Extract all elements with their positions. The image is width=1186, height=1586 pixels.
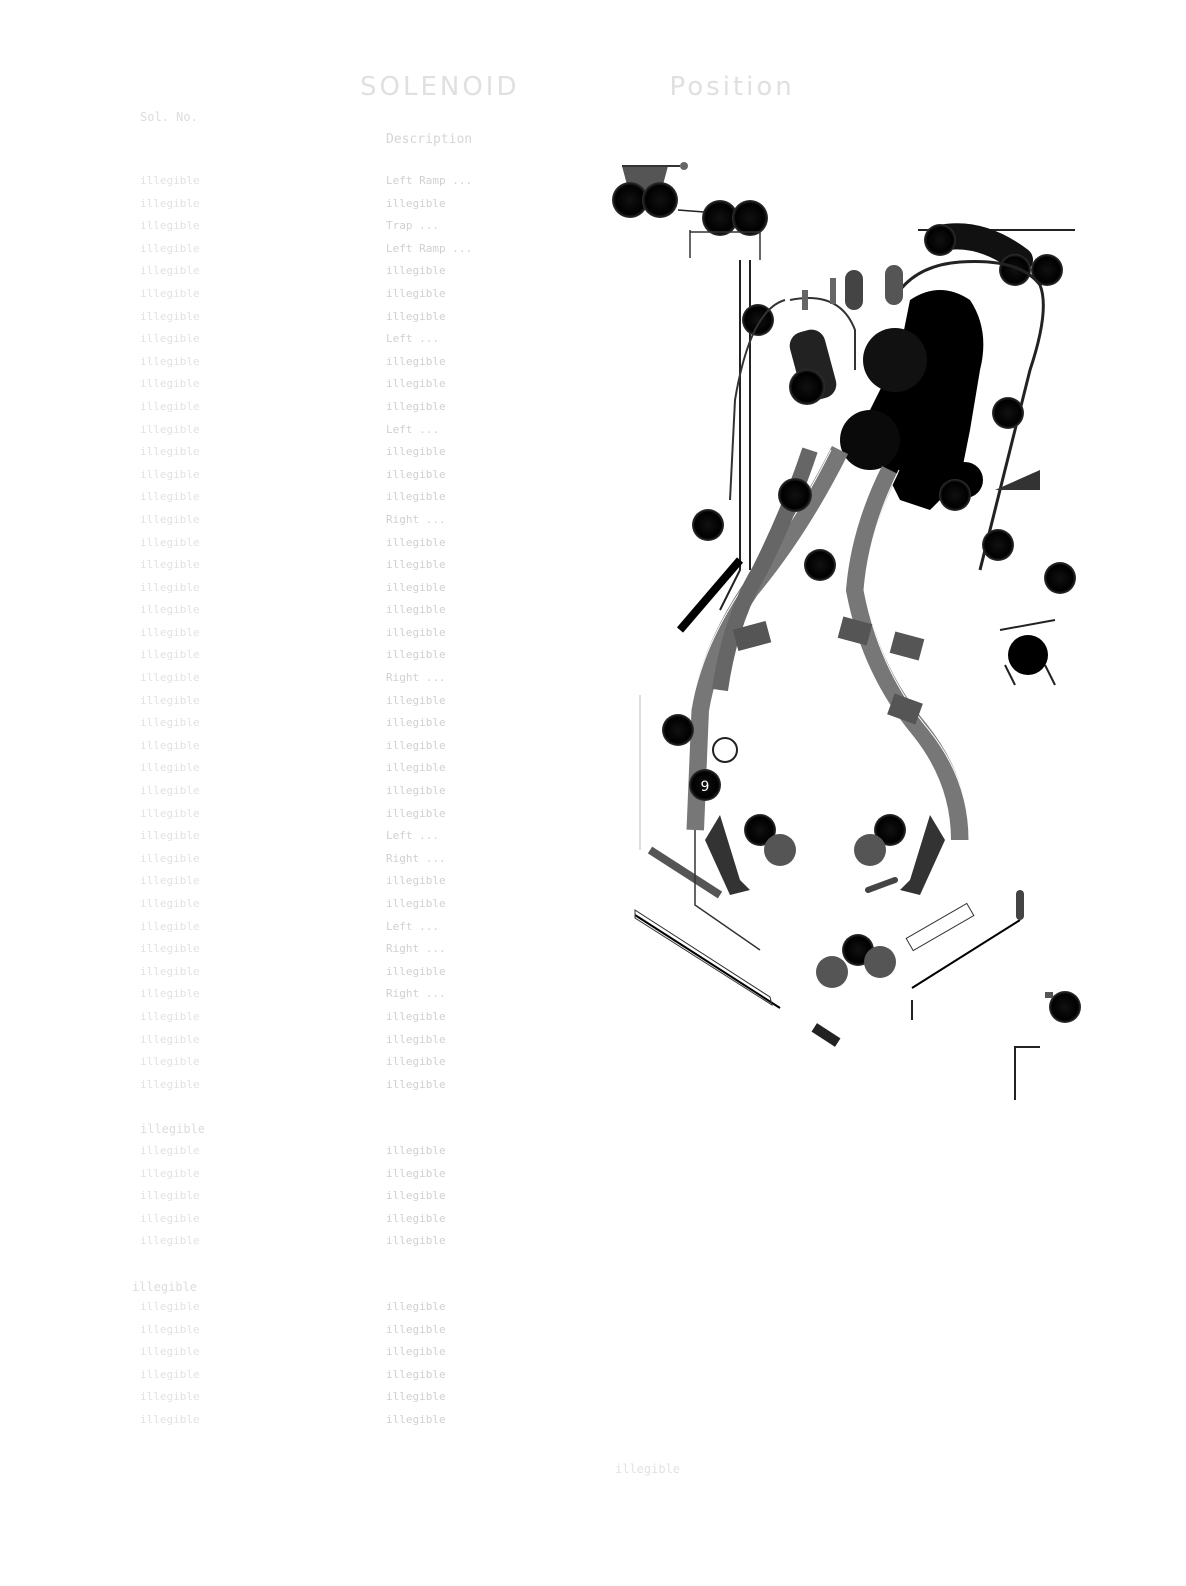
solenoid-description: illegible [386,283,446,306]
solenoid-description: illegible [386,1230,446,1253]
table-row: illegibleillegible [140,1409,500,1432]
solenoid-description: Left ... [386,916,439,939]
table-row: illegibleillegible [140,1341,500,1364]
solenoid-description: illegible [386,803,446,826]
title-left: SOLENOID [360,72,519,102]
table-row: illegibleillegible [140,532,500,555]
solenoid-number: illegible [140,803,386,826]
table-row: illegibleillegible [140,1074,500,1097]
solenoid-description: Left ... [386,825,439,848]
table-row: illegibleillegible [140,1006,500,1029]
solenoid-number: illegible [140,622,386,645]
aux-section-label: illegible [132,1280,197,1294]
aux-table: illegibleillegibleillegibleillegibleille… [140,1296,500,1432]
solenoid-number: illegible [140,373,386,396]
solenoid-description: illegible [386,486,446,509]
table-row: illegibleillegible [140,1185,500,1208]
solenoid-description: illegible [386,735,446,758]
table-row: illegibleillegible [140,690,500,713]
table-row: illegibleLeft Ramp ... [140,238,500,261]
bottom-center-coils [816,934,896,988]
solenoid-number: illegible [140,757,386,780]
solenoid-description: Right ... [386,938,446,961]
table-row: illegibleTrap ... [140,215,500,238]
drop-targets [802,265,903,310]
solenoid-number: illegible [140,1163,386,1186]
left-slingshot [650,814,796,895]
table-row: illegibleillegible [140,893,500,916]
solenoid-description: Right ... [386,848,446,871]
solenoid-description: Left ... [386,419,439,442]
solenoid-description: Right ... [386,667,446,690]
solenoid-description: illegible [386,1296,446,1319]
table-row: illegibleillegible [140,644,500,667]
table-row: illegibleLeft ... [140,916,500,939]
solenoid-number: illegible [140,1074,386,1097]
solenoid-description: illegible [386,351,446,374]
table-row: illegibleLeft ... [140,825,500,848]
solenoid-number: illegible [140,554,386,577]
table-row: illegibleillegible [140,1364,500,1387]
solenoid-description: illegible [386,373,446,396]
table-row: illegibleillegible [140,803,500,826]
table-row: illegibleLeft ... [140,419,500,442]
solenoid-number: illegible [140,870,386,893]
solenoid-description: illegible [386,1163,446,1186]
solenoid-description: illegible [386,893,446,916]
solenoid-description: illegible [386,644,446,667]
solenoid-description: Left Ramp ... [386,170,472,193]
solenoid-number: illegible [140,328,386,351]
solenoid-description: Left ... [386,328,439,351]
solenoid-description: illegible [386,1386,446,1409]
solenoid-number: illegible [140,735,386,758]
solenoid-description: illegible [386,961,446,984]
table-row: illegibleillegible [140,961,500,984]
table-row: illegibleillegible [140,1319,500,1342]
table-row: illegibleRight ... [140,848,500,871]
solenoid-number: illegible [140,260,386,283]
table-row: illegibleillegible [140,870,500,893]
page-footer: illegible [615,1462,680,1476]
solenoid-number: illegible [140,1319,386,1342]
solenoid-number: illegible [140,599,386,622]
solenoid-description: illegible [386,1006,446,1029]
solenoid-description: illegible [386,622,446,645]
solenoid-description: illegible [386,577,446,600]
solenoid-description: illegible [386,260,446,283]
solenoid-number: illegible [140,825,386,848]
solenoid-number: illegible [140,848,386,871]
solenoid-number: illegible [140,1386,386,1409]
solenoid-description: illegible [386,1029,446,1052]
table-row: illegibleillegible [140,306,500,329]
solenoid-number: illegible [140,916,386,939]
shooter-lane-coil [1015,991,1081,1100]
solenoid-number: illegible [140,1029,386,1052]
coil-group-top-left [612,162,768,260]
solenoid-description: illegible [386,1140,446,1163]
table-row: illegibleillegible [140,486,500,509]
solenoid-description: Left Ramp ... [386,238,472,261]
solenoid-number: illegible [140,396,386,419]
solenoid-number: illegible [140,1006,386,1029]
solenoid-number: illegible [140,1051,386,1074]
table-row: illegibleillegible [140,441,500,464]
flippers-section-label: illegible [140,1122,205,1136]
marker-9: 9 [701,779,710,795]
solenoid-number: illegible [140,1341,386,1364]
table-row: illegibleillegible [140,283,500,306]
solenoid-number: illegible [140,893,386,916]
right-slingshot [854,814,945,895]
solenoid-description: illegible [386,1319,446,1342]
table-row: illegibleillegible [140,780,500,803]
solenoid-number: illegible [140,1409,386,1432]
table-row: illegibleLeft Ramp ... [140,170,500,193]
table-row: illegibleillegible [140,373,500,396]
table-row: illegibleillegible [140,193,500,216]
solenoid-number: illegible [140,351,386,374]
solenoid-number: illegible [140,1296,386,1319]
solenoid-description: illegible [386,1051,446,1074]
solenoid-number: illegible [140,690,386,713]
table-row: illegibleillegible [140,1296,500,1319]
solenoid-number: illegible [140,780,386,803]
solenoid-description: illegible [386,757,446,780]
solenoid-table: illegibleLeft Ramp ...illegibleillegible… [140,170,500,1096]
playfield-diagram: 9 [600,150,1100,1110]
solenoid-description: illegible [386,1409,446,1432]
solenoid-number: illegible [140,667,386,690]
solenoid-description: illegible [386,1074,446,1097]
solenoid-description: illegible [386,532,446,555]
solenoid-description: Right ... [386,509,446,532]
table-row: illegibleillegible [140,712,500,735]
table-row: illegibleillegible [140,1163,500,1186]
table-row: illegibleillegible [140,577,500,600]
table-row: illegibleillegible [140,757,500,780]
solenoid-number: illegible [140,306,386,329]
solenoid-description: illegible [386,1341,446,1364]
solenoid-number: illegible [140,238,386,261]
solenoid-description: illegible [386,193,446,216]
solenoid-number: illegible [140,938,386,961]
solenoid-number: illegible [140,215,386,238]
solenoid-number: illegible [140,509,386,532]
table-row: illegibleRight ... [140,938,500,961]
table-row: illegibleillegible [140,396,500,419]
solenoid-number: illegible [140,419,386,442]
right-inlane-guide [906,890,1024,1020]
solenoid-number: illegible [140,486,386,509]
solenoid-description: illegible [386,870,446,893]
solenoid-description: illegible [386,1364,446,1387]
solenoid-description: illegible [386,1185,446,1208]
table-row: illegibleillegible [140,464,500,487]
solenoid-number: illegible [140,193,386,216]
section-label: Sol. No. [140,110,198,124]
solenoid-number: illegible [140,283,386,306]
table-row: illegibleillegible [140,599,500,622]
solenoid-description: Trap ... [386,215,439,238]
solenoid-number: illegible [140,1230,386,1253]
solenoid-number: illegible [140,1140,386,1163]
solenoid-description: illegible [386,712,446,735]
solenoid-number: illegible [140,170,386,193]
table-row: illegibleillegible [140,735,500,758]
solenoid-number: illegible [140,983,386,1006]
flippers-table: illegibleillegibleillegibleillegibleille… [140,1140,500,1253]
table-row: illegibleRight ... [140,983,500,1006]
solenoid-number: illegible [140,532,386,555]
table-row: illegibleillegible [140,1386,500,1409]
solenoid-description: illegible [386,396,446,419]
table-row: illegibleRight ... [140,667,500,690]
solenoid-description: illegible [386,690,446,713]
solenoid-number: illegible [140,712,386,735]
table-row: illegibleillegible [140,351,500,374]
table-row: illegibleillegible [140,554,500,577]
table-row: illegibleillegible [140,1051,500,1074]
table-row: illegibleRight ... [140,509,500,532]
column-header-description: Description [386,132,472,147]
solenoid-number: illegible [140,644,386,667]
table-row: illegibleillegible [140,260,500,283]
table-row: illegibleillegible [140,1029,500,1052]
table-row: illegibleillegible [140,1208,500,1231]
solenoid-number: illegible [140,1364,386,1387]
table-row: illegibleillegible [140,622,500,645]
solenoid-description: illegible [386,1208,446,1231]
solenoid-description: illegible [386,306,446,329]
table-row: illegibleillegible [140,1230,500,1253]
solenoid-number: illegible [140,441,386,464]
solenoid-number: illegible [140,464,386,487]
solenoid-description: illegible [386,441,446,464]
solenoid-description: illegible [386,554,446,577]
solenoid-description: illegible [386,780,446,803]
solenoid-number: illegible [140,577,386,600]
page-title: SOLENOIDPosition [360,72,795,102]
table-row: illegibleLeft ... [140,328,500,351]
solenoid-description: illegible [386,464,446,487]
table-row: illegibleillegible [140,1140,500,1163]
solenoid-description: Right ... [386,983,446,1006]
solenoid-number: illegible [140,1185,386,1208]
solenoid-number: illegible [140,1208,386,1231]
solenoid-number: illegible [140,961,386,984]
title-right: Position [669,72,794,102]
solenoid-description: illegible [386,599,446,622]
